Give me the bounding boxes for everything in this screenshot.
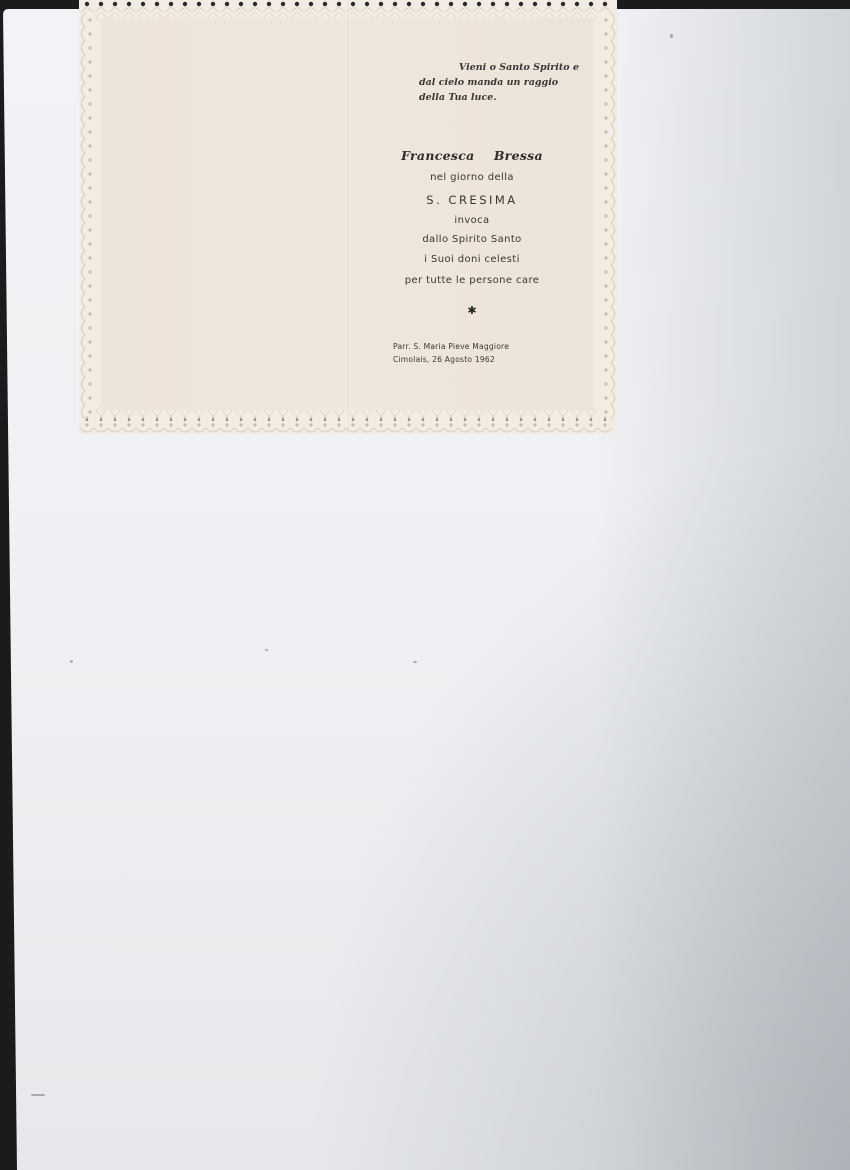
parish-name: Parr. S. Maria Pieve Maggiore: [393, 341, 509, 354]
verse-line-3: della Tua luce.: [419, 90, 579, 105]
dust-speck: [413, 661, 417, 663]
verse: Vieni o Santo Spirito e dal cielo manda …: [419, 60, 579, 105]
recipient-name: Francesca Bressa: [359, 148, 585, 163]
card-footer: Parr. S. Maria Pieve Maggiore Cimolais, …: [393, 341, 509, 366]
dust-speck: [70, 660, 73, 663]
card-text-panel: Vieni o Santo Spirito e dal cielo manda …: [359, 0, 617, 434]
holy-card: Vieni o Santo Spirito e dal cielo manda …: [79, 0, 617, 434]
place-date: Cimolais, 26 Agosto 1962: [393, 354, 509, 367]
body-line-5: i Suoi doni celesti: [359, 254, 585, 265]
verse-line-2: dal cielo manda un raggio: [419, 75, 579, 90]
dust-speck: [265, 649, 268, 651]
verse-line-1: Vieni o Santo Spirito e: [419, 60, 579, 75]
body-line-6: per tutte le persone care: [359, 275, 585, 286]
body-line-1: nel giorno della: [359, 172, 585, 183]
card-fold-line: [348, 0, 350, 434]
star-ornament-icon: ✱: [359, 304, 585, 317]
dust-speck: [670, 34, 673, 38]
dust-speck: [31, 1094, 45, 1096]
sacrament-title: S. CRESIMA: [359, 193, 585, 207]
body-line-4: dallo Spirito Santo: [359, 234, 585, 245]
body-line-3: invoca: [359, 215, 585, 226]
